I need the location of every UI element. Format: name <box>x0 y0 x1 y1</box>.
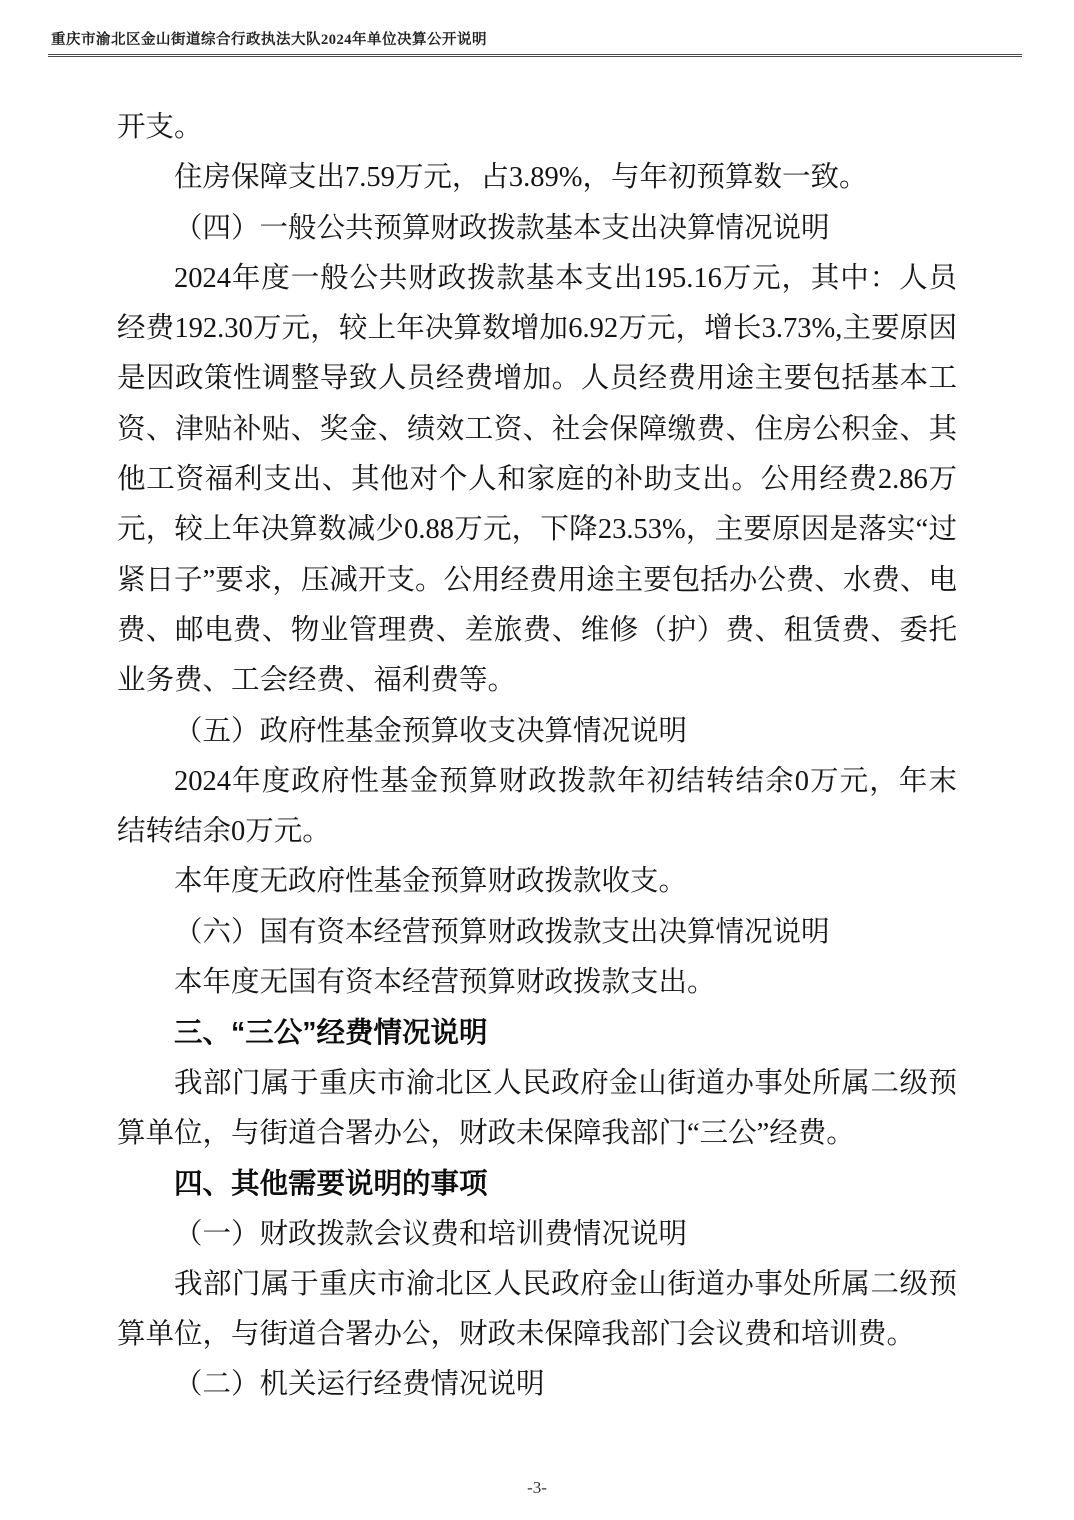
section-heading-1-meeting-training-fees: （一）财政拨款会议费和培训费情况说明 <box>117 1210 957 1260</box>
section-heading-6: （六）国有资本经营预算财政拨款支出决算情况说明 <box>117 908 957 958</box>
paragraph-basic-expenditure-detail: 2024年度一般公共财政拨款基本支出195.16万元，其中：人员经费192.30… <box>117 254 957 707</box>
page-number: -3- <box>527 1478 547 1497</box>
paragraph-government-fund-balance: 2024年度政府性基金预算财政拨款年初结转结余0万元，年末结转结余0万元。 <box>117 757 957 858</box>
section-heading-4: （四）一般公共预算财政拨款基本支出决算情况说明 <box>117 204 957 254</box>
paragraph-continuation: 开支。 <box>117 103 957 153</box>
paragraph-no-state-capital: 本年度无国有资本经营预算财政拨款支出。 <box>117 958 957 1008</box>
page-footer: -3- <box>0 1478 1074 1498</box>
document-header-title: 重庆市渝北区金山街道综合行政执法大队2024年单位决算公开说明 <box>48 28 1022 49</box>
document-body: 开支。 住房保障支出7.59万元，占3.89%，与年初预算数一致。 （四）一般公… <box>117 103 957 1411</box>
paragraph-san-gong-explanation: 我部门属于重庆市渝北区人民政府金山街道办事处所属二级预算单位，与街道合署办公，财… <box>117 1059 957 1160</box>
section-heading-2-operating-expenses: （二）机关运行经费情况说明 <box>117 1360 957 1410</box>
paragraph-meeting-training-explanation: 我部门属于重庆市渝北区人民政府金山街道办事处所属二级预算单位，与街道合署办公，财… <box>117 1260 957 1361</box>
chapter-heading-3-san-gong: 三、“三公”经费情况说明 <box>117 1008 957 1058</box>
running-header: 重庆市渝北区金山街道综合行政执法大队2024年单位决算公开说明 <box>48 28 1022 57</box>
chapter-heading-4-other-matters: 四、其他需要说明的事项 <box>117 1159 957 1209</box>
section-heading-5: （五）政府性基金预算收支决算情况说明 <box>117 707 957 757</box>
paragraph-housing-expenditure: 住房保障支出7.59万元，占3.89%，与年初预算数一致。 <box>117 153 957 203</box>
document-page: 重庆市渝北区金山街道综合行政执法大队2024年单位决算公开说明 开支。 住房保障… <box>0 0 1074 1520</box>
paragraph-no-government-fund: 本年度无政府性基金预算财政拨款收支。 <box>117 857 957 907</box>
